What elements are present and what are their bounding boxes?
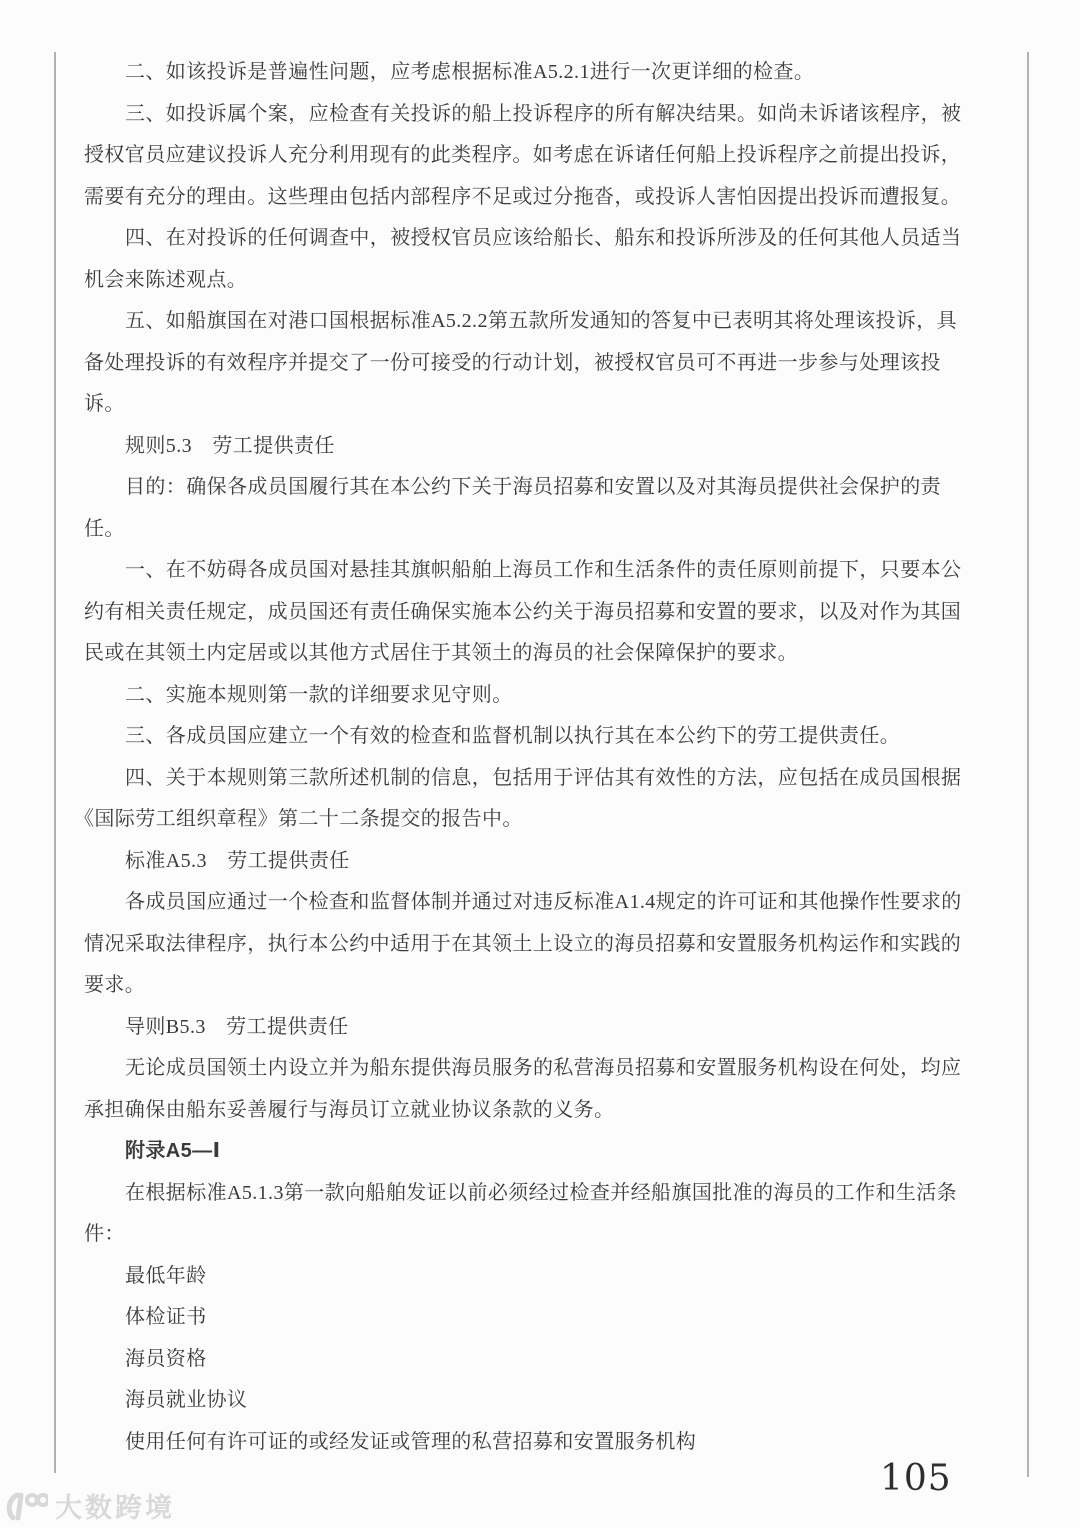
text-line: 三、如投诉属个案，应检查有关投诉的船上投诉程序的所有解决结果。如尚未诉诸该程序，… <box>84 94 984 136</box>
text-line: 规则5.3 劳工提供责任 <box>84 426 984 468</box>
text-line: 《国际劳工组织章程》第二十二条提交的报告中。 <box>84 799 984 841</box>
text-line: 无论成员国领土内设立并为船东提供海员服务的私营海员招募和安置服务机构设在何处，均… <box>84 1048 984 1090</box>
text-line: 在根据标准A5.1.3第一款向船舶发证以前必须经过检查并经船旗国批准的海员的工作… <box>84 1173 984 1215</box>
text-line: 海员资格 <box>84 1339 984 1381</box>
text-line: 授权官员应建议投诉人充分利用现有的此类程序。如考虑在诉诸任何船上投诉程序之前提出… <box>84 135 984 177</box>
text-line: 四、关于本规则第三款所述机制的信息，包括用于评估其有效性的方法，应包括在成员国根… <box>84 758 984 800</box>
text-line: 任。 <box>84 509 984 551</box>
text-line: 机会来陈述观点。 <box>84 260 984 302</box>
text-line: 诉。 <box>84 384 984 426</box>
text-line: 导则B5.3 劳工提供责任 <box>84 1007 984 1049</box>
text-line: 二、实施本规则第一款的详细要求见守则。 <box>84 675 984 717</box>
text-line: 承担确保由船东妥善履行与海员订立就业协议条款的义务。 <box>84 1090 984 1132</box>
text-line: 最低年龄 <box>84 1256 984 1298</box>
text-line: 五、如船旗国在对港口国根据标准A5.2.2第五款所发通知的答复中已表明其将处理该… <box>84 301 984 343</box>
text-line: 约有相关责任规定，成员国还有责任确保实施本公约关于海员招募和安置的要求，以及对作… <box>84 592 984 634</box>
text-line: 目的：确保各成员国履行其在本公约下关于海员招募和安置以及对其海员提供社会保护的责 <box>84 467 984 509</box>
text-line: 情况采取法律程序，执行本公约中适用于在其领土上设立的海员招募和安置服务机构运作和… <box>84 924 984 966</box>
page-border-right <box>1027 52 1029 1477</box>
page-number: 105 <box>880 1458 952 1499</box>
text-line: 二、如该投诉是普遍性问题，应考虑根据标准A5.2.1进行一次更详细的检查。 <box>84 52 984 94</box>
text-line: 要求。 <box>84 965 984 1007</box>
text-line: 件： <box>84 1214 984 1256</box>
text-line: 使用任何有许可证的或经发证或管理的私营招募和安置服务机构 <box>84 1422 984 1464</box>
appendix-title: 附录A5—Ⅰ <box>84 1131 984 1173</box>
text-line: 备处理投诉的有效程序并提交了一份可接受的行动计划，被授权官员可不再进一步参与处理… <box>84 343 984 385</box>
watermark-logo: 大数跨境 <box>6 1486 175 1525</box>
document-page: 二、如该投诉是普遍性问题，应考虑根据标准A5.2.1进行一次更详细的检查。三、如… <box>0 0 1080 1528</box>
text-line: 体检证书 <box>84 1297 984 1339</box>
page-border-left <box>54 52 56 1473</box>
text-line: 需要有充分的理由。这些理由包括内部程序不足或过分拖沓，或投诉人害怕因提出投诉而遭… <box>84 177 984 219</box>
text-line: 海员就业协议 <box>84 1380 984 1422</box>
document-body: 二、如该投诉是普遍性问题，应考虑根据标准A5.2.1进行一次更详细的检查。三、如… <box>84 52 984 1463</box>
text-line: 三、各成员国应建立一个有效的检查和监督机制以执行其在本公约下的劳工提供责任。 <box>84 716 984 758</box>
watermark-brand-text: 大数跨境 <box>55 1486 175 1525</box>
text-line: 一、在不妨碍各成员国对悬挂其旗帜船舶上海员工作和生活条件的责任原则前提下，只要本… <box>84 550 984 592</box>
text-line: 标准A5.3 劳工提供责任 <box>84 841 984 883</box>
text-line: 民或在其领土内定居或以其他方式居住于其领土的海员的社会保障保护的要求。 <box>84 633 984 675</box>
text-line: 四、在对投诉的任何调查中，被授权官员应该给船长、船东和投诉所涉及的任何其他人员适… <box>84 218 984 260</box>
text-line: 各成员国应通过一个检查和监督体制并通过对违反标准A1.4规定的许可证和其他操作性… <box>84 882 984 924</box>
brand-logo-icon <box>6 1491 48 1521</box>
